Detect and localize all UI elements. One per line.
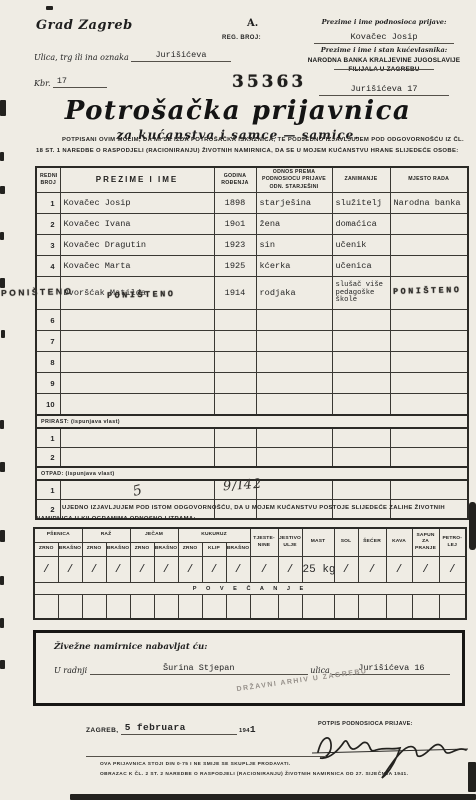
col-kava: KAVA (386, 528, 412, 557)
applicant-value: Kovačec Josip (314, 31, 454, 44)
col-kukuruz: KUKURUZ (178, 528, 250, 543)
year-value: 1 (250, 724, 256, 735)
kbr-value: 17 (53, 76, 107, 88)
handwritten-date: 9/I42 (222, 477, 262, 495)
col-psenica: PŠENICA (34, 528, 82, 543)
scanned-form-page: Grad Zagreb Ulica, trg ili ina oznaka Ju… (0, 0, 476, 800)
reg-broj-stamp: 35363 (232, 72, 306, 92)
signature-label: POTPIS PODNOSIOCA PRIJAVE: (318, 721, 413, 727)
col-jestivo-ulje: JESTIVO ULJE (278, 528, 302, 557)
scan-artifact (0, 530, 5, 542)
member-row-5-cancelled: PONIŠTENO Dvoršćak Matilda PONIŠTENO 191… (36, 277, 468, 310)
scan-artifact (0, 232, 4, 240)
col-secer: ŠEĆER (358, 528, 386, 557)
povecanje-row: P O V E Č A N J E (34, 583, 466, 595)
povecanje-label: P O V E Č A N J E (34, 583, 466, 595)
shop-line: U radnji Šurina Stjepan ulica Jurišićeva… (54, 663, 446, 675)
scan-artifact (0, 100, 6, 116)
col-zanimanje: ZANIMANJE (332, 167, 390, 193)
member-name: Kovačec Marta (60, 256, 214, 277)
member-row-3: 3 Kovačec Dragutin 1923 sin učenik (36, 235, 468, 256)
member-row-9: 9 (36, 373, 468, 394)
member-row-8: 8 (36, 352, 468, 373)
fine-print-line1: OVA PRIJAVNICA STOJI DIN 0·75 I NE SMIJE… (100, 760, 460, 770)
col-tjestenine: TJESTE-NINE (250, 528, 278, 557)
intro-paragraph: POTPISANI OVIM MOLIM, DA MI SE IZDA POTR… (36, 135, 464, 156)
fine-print: OVA PRIJAVNICA STOJI DIN 0·75 I NE SMIJE… (100, 760, 460, 780)
scan-artifact (0, 152, 4, 161)
bank-stamp: NARODNA BANKA KRALJEVINE JUGOSLAVIJE FIL… (300, 56, 468, 75)
form-header: Grad Zagreb Ulica, trg ili ina oznaka Ju… (0, 10, 476, 98)
ponisteno-stamp-center: PONIŠTENO (106, 289, 175, 301)
col-prezime-ime: PREZIME I IME (60, 167, 214, 193)
street-field: Ulica, trg ili ina oznaka Jurišićeva (34, 50, 231, 62)
household-members-table: REDNI BROJ PREZIME I IME GODINA ROĐENJA … (35, 166, 469, 520)
place-label: ZAGREB, (86, 727, 118, 734)
scan-artifact (0, 462, 5, 472)
street-value: Jurišićeva (131, 50, 231, 62)
member-name: Kovačec Dragutin (60, 235, 214, 256)
city-label: Grad Zagreb (36, 18, 133, 33)
col-redni-broj: REDNI BROJ (36, 167, 60, 193)
scan-artifact (469, 502, 476, 550)
applicant-label: Prezime i ime podnosioca prijave: (300, 18, 468, 26)
ponisteno-stamp-right: PONIŠTENO (392, 285, 461, 297)
scan-artifact (70, 794, 476, 800)
col-jecam: JEČAM (130, 528, 178, 543)
year-printed: 194 (239, 728, 250, 734)
member-row-4: 4 Kovačec Marta 1925 kćerka učenica (36, 256, 468, 277)
scan-artifact (468, 762, 476, 792)
supplies-statement: UJEDNO IZJAVLJUJEM POD ISTOM ODGOVORNOŠĆ… (36, 503, 464, 524)
scan-artifact (0, 660, 5, 669)
shop-heading: Živežne namirnice nabavljat ću: (54, 642, 207, 652)
house-number-field: Kbr. 17 (34, 76, 107, 88)
col-mast: MAST (302, 528, 334, 557)
member-row-6: 6 (36, 310, 468, 331)
supplies-group-header-row: PŠENICA RAŽ JEČAM KUKURUZ TJESTE-NINE JE… (34, 528, 466, 543)
mast-value: 25 kg (302, 557, 334, 583)
fine-print-line2: OBRAZAC K ČL. 2 ST. 2 NAREDBE O RASPODJE… (100, 770, 460, 780)
otpad-row-1: 1 5 9/I42 (36, 480, 468, 500)
scan-artifact (0, 420, 4, 429)
bank-stamp-line1: NARODNA BANKA KRALJEVINE JUGOSLAVIJE (300, 56, 468, 65)
section-a-label: A. (247, 18, 258, 29)
scan-artifact (1, 330, 5, 338)
kbr-label: Kbr. (34, 79, 51, 88)
member-name: Dvoršćak Matilda PONIŠTENO (60, 277, 214, 310)
scan-artifact (46, 6, 53, 10)
prirast-row-2: 2 (36, 448, 468, 468)
reg-broj-label: REG. BROJ: (222, 35, 261, 41)
member-row-2: 2 Kovačec Ivana 19o1 žena domaćica (36, 214, 468, 235)
landlord-address-value: Jurišićeva 17 (319, 83, 449, 96)
scan-artifact (0, 618, 4, 628)
prirast-row-1: 1 (36, 428, 468, 448)
place-date-line: ZAGREB, 5 februara 1941 (86, 722, 256, 735)
radnji-value: Šurina Stjepan (90, 663, 308, 675)
scan-artifact (0, 186, 5, 194)
supplies-table: PŠENICA RAŽ JEČAM KUKURUZ TJESTE-NINE JE… (33, 527, 467, 620)
landlord-label: Prezime i ime i stan kućevlasnika: (300, 46, 468, 54)
shop-box: Živežne namirnice nabavljat ću: U radnji… (33, 630, 465, 706)
header-right-block: Prezime i ime podnosioca prijave: Kovače… (300, 16, 468, 96)
col-sol: SOL (334, 528, 358, 557)
members-header-row: REDNI BROJ PREZIME I IME GODINA ROĐENJA … (36, 167, 468, 193)
member-name: Kovačec Josip (60, 193, 214, 214)
radnji-label: U radnji (54, 666, 87, 675)
supplies-empty-row (34, 595, 466, 620)
col-raz: RAŽ (82, 528, 130, 543)
notes-divider (86, 756, 326, 757)
col-petrolej: PETRO-LEJ (439, 528, 466, 557)
col-sapun: SAPUN ZA PRANJE (412, 528, 439, 557)
col-godina-rodjenja: GODINA ROĐENJA (214, 167, 256, 193)
form-title: Potrošačka prijavnica (0, 96, 476, 126)
member-name: Kovačec Ivana (60, 214, 214, 235)
scan-artifact (0, 278, 5, 288)
scan-artifact (0, 576, 4, 585)
member-row-1: 1 Kovačec Josip 1898 starješina služitel… (36, 193, 468, 214)
bank-stamp-line2: FILIJALA U ZAGREBU (348, 65, 419, 74)
street-label: Ulica, trg ili ina oznaka (34, 53, 129, 62)
handwritten-number: 5 (131, 482, 144, 500)
supplies-values-row: / / / / / / / / / / / 25 kg / / / / / (34, 557, 466, 583)
member-row-10: 10 (36, 394, 468, 416)
date-value: 5 februara (121, 722, 237, 735)
col-odnos: ODNOS PREMA PODNOSIOCU PRIJAVE ODN. STAR… (256, 167, 332, 193)
prirast-label: PRIRAST: (ispunjava vlast) (36, 415, 468, 428)
col-mjesto-rada: MJESTO RADA (390, 167, 468, 193)
member-row-7: 7 (36, 331, 468, 352)
prirast-section-bar: PRIRAST: (ispunjava vlast) (36, 415, 468, 428)
